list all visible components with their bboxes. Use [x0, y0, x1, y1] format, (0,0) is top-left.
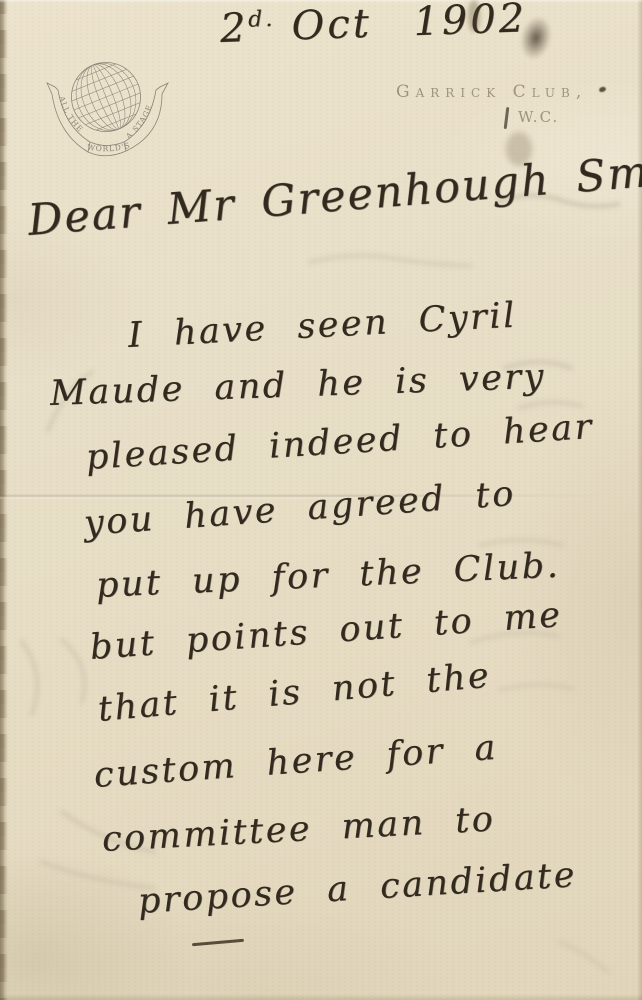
handwriting-line: put up for the Club.	[95, 546, 561, 606]
date-month-year: Oct 1902	[291, 0, 528, 49]
paper-deckle-edge-left	[0, 0, 8, 1000]
letterhead-club-name: Garrick Club,	[396, 82, 587, 102]
handwriting-line: committee man to	[101, 799, 496, 860]
propose-underline	[192, 939, 244, 947]
emblem-motto-left: ALL THE	[57, 94, 85, 134]
handwriting-line: I have seen Cyril	[127, 296, 518, 356]
handwriting-line: custom here for a	[93, 728, 499, 796]
handwriting-line: you have agreed to	[83, 474, 517, 544]
handwriting-line: pleased indeed to hear	[85, 407, 595, 478]
handwriting-line: Maude and he is very	[49, 357, 546, 414]
pen-mark	[504, 107, 509, 129]
date-day: 2	[219, 5, 249, 52]
letter-page: ALL THE WORLD'S A STAGE Garrick Club, W.…	[0, 0, 642, 1000]
handwritten-date: 2d.Oct 1902	[219, 0, 528, 52]
garrick-club-emblem: ALL THE WORLD'S A STAGE	[44, 56, 176, 162]
handwriting-line: but points out to me	[89, 595, 564, 668]
handwriting-line: that it is not the	[96, 656, 492, 730]
ink-fleck	[598, 86, 606, 93]
date-ordinal: d.	[248, 7, 276, 33]
letterhead-district: W.C.	[518, 108, 559, 126]
handwriting-line: propose a candidate	[137, 855, 578, 922]
paper-edge-bottom	[0, 994, 642, 1000]
